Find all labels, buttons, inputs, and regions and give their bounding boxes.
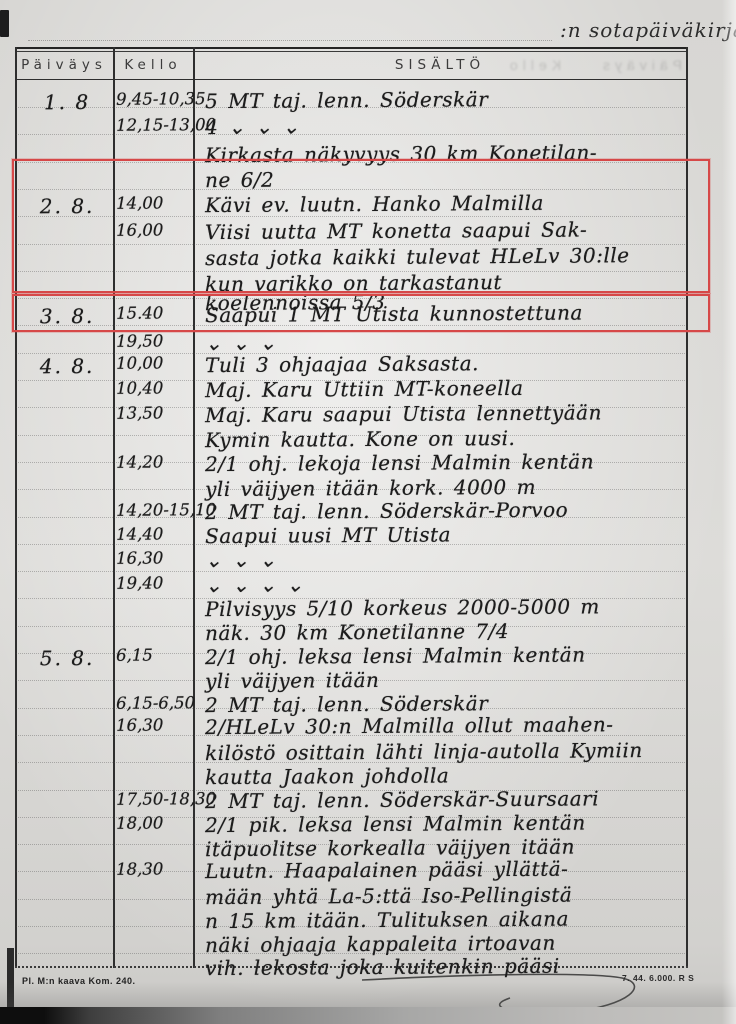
diary-time: 19,40 — [116, 573, 208, 593]
scan-bottom-edge — [0, 1007, 736, 1024]
diary-text: 2/1 ohj. lekoja lensi Malmin kentän — [205, 449, 725, 477]
diary-time: 9,45-10,35 — [116, 89, 208, 109]
diary-time: 18,00 — [116, 813, 208, 833]
diary-text: yli väijyen itään — [205, 666, 725, 694]
diary-date: 1. 8 — [28, 90, 106, 115]
diary-time: 17,50-18,30 — [116, 789, 208, 809]
diary-text: ⌄ ⌄ ⌄ ⌄ — [205, 570, 725, 598]
diary-text: 2/1 pik. leksa lensi Malmin kentän — [205, 810, 725, 838]
diary-time: 16,30 — [116, 715, 208, 735]
diary-text: 2 MT taj. lenn. Söderskär-Suursaari — [205, 786, 725, 814]
diary-text: näk. 30 km Konetilanne 7/4 — [205, 618, 725, 646]
diary-time: 14,20 — [116, 452, 208, 472]
diary-text: Tuli 3 ohjaajaa Saksasta. — [205, 350, 725, 378]
diary-text: Kymin kautta. Kone on uusi. — [205, 425, 725, 453]
diary-text: 2/HLeLv 30:n Malmilla ollut maahen- — [205, 712, 725, 740]
diary-text: Saapui uusi MT Utista — [205, 521, 725, 549]
header-bottom-border — [15, 79, 688, 80]
column-header-paivays: Päiväys — [21, 57, 107, 73]
table-top-border — [15, 47, 688, 49]
diary-text: kautta Jaakon johdolla — [205, 762, 725, 790]
diary-text: Luutn. Haapalainen pääsi yllättä- — [205, 856, 725, 884]
diary-text: mään yhtä La-5:ttä Iso-Pellingistä — [205, 882, 725, 910]
diary-time: 10,40 — [116, 378, 208, 398]
diary-text: Maj. Karu saapui Utista lennettyään — [205, 400, 725, 428]
diary-time: 14,40 — [116, 524, 208, 544]
diary-time: 13,50 — [116, 403, 208, 423]
diary-time: 16,30 — [116, 548, 208, 568]
diary-text: 2/1 ohj. leksa lensi Malmin kentän — [205, 642, 725, 670]
diary-text: Pilvisyys 5/10 korkeus 2000-5000 m — [205, 594, 725, 622]
diary-text: Maj. Karu Uttiin MT-koneella — [205, 375, 725, 403]
diary-time: 14,20-15,10 — [116, 500, 208, 520]
table-top-border-inner — [15, 51, 688, 52]
diary-text: 5 MT taj. lenn. Söderskär — [205, 86, 725, 114]
diary-date: 4. 8. — [28, 354, 106, 379]
war-diary-page: :n sotapäiväkirja Kello Päiväys Päiväys … — [0, 0, 736, 1024]
scan-bottom-shade — [0, 982, 736, 1010]
diary-text: 4 ⌄ ⌄ ⌄ — [205, 112, 725, 140]
column-header-kello: Kello — [124, 57, 181, 73]
diary-date: 5. 8. — [28, 646, 106, 671]
diary-text: 2 MT taj. lenn. Söderskär-Porvoo — [205, 497, 725, 525]
column-header-sisalto: SISÄLTÖ — [395, 57, 485, 73]
diary-time: 10,00 — [116, 353, 208, 373]
diary-text: kilöstö osittain lähti linja-autolla Kym… — [205, 738, 725, 766]
annotation-box — [12, 159, 710, 293]
scan-right-shade — [722, 0, 736, 1024]
title-blank-line — [28, 40, 552, 41]
diary-time: 18,30 — [116, 859, 208, 879]
page-title: :n sotapäiväkirja — [560, 18, 736, 42]
diary-time: 6,15-6,50 — [116, 693, 208, 713]
diary-text: n 15 km itään. Tulituksen aikana — [205, 906, 725, 934]
annotation-box — [12, 294, 710, 332]
diary-text: ⌄ ⌄ ⌄ — [205, 545, 725, 573]
diary-time: 19,50 — [116, 331, 208, 351]
scan-corner-mark — [0, 10, 9, 37]
diary-time: 12,15-13,00 — [116, 115, 208, 135]
diary-time: 6,15 — [116, 645, 208, 665]
